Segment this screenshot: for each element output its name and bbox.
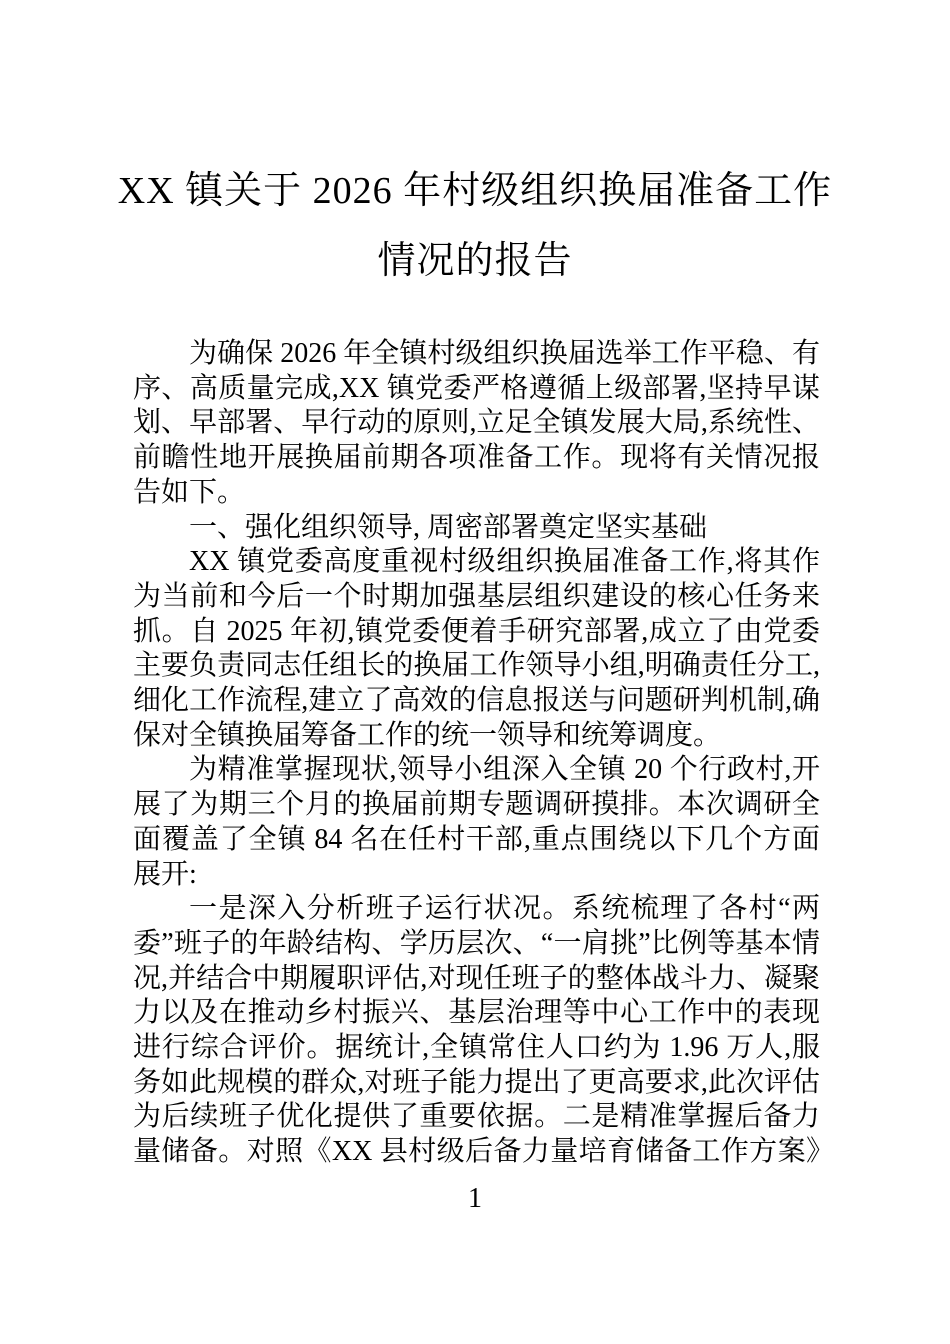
document-title: XX 镇关于 2026 年村级组织换届准备工作 情况的报告 bbox=[100, 0, 850, 296]
paragraph-survey: 为精准掌握现状,领导小组深入全镇 20 个行政村,开展了为期三个月的换届前期专题… bbox=[133, 753, 820, 892]
document-page: XX 镇关于 2026 年村级组织换届准备工作 情况的报告 为确保 2026 年… bbox=[0, 0, 950, 1344]
page-number: 1 bbox=[0, 1184, 950, 1214]
document-body: 为确保 2026 年全镇村级组织换届选举工作平稳、有序、高质量完成,XX 镇党委… bbox=[133, 337, 820, 1171]
paragraph-intro: 为确保 2026 年全镇村级组织换届选举工作平稳、有序、高质量完成,XX 镇党委… bbox=[133, 337, 820, 511]
paragraph-analysis: 一是深入分析班子运行状况。系统梳理了各村“两委”班子的年龄结构、学历层次、“一肩… bbox=[133, 892, 820, 1171]
document-title-line-1: XX 镇关于 2026 年村级组织换届准备工作 bbox=[100, 156, 850, 226]
section-heading: 一、强化组织领导, 周密部署奠定坚实基础 bbox=[133, 511, 820, 546]
paragraph-leadership: XX 镇党委高度重视村级组织换届准备工作,将其作为当前和今后一个时期加强基层组织… bbox=[133, 545, 820, 753]
document-title-line-2: 情况的报告 bbox=[100, 226, 850, 296]
